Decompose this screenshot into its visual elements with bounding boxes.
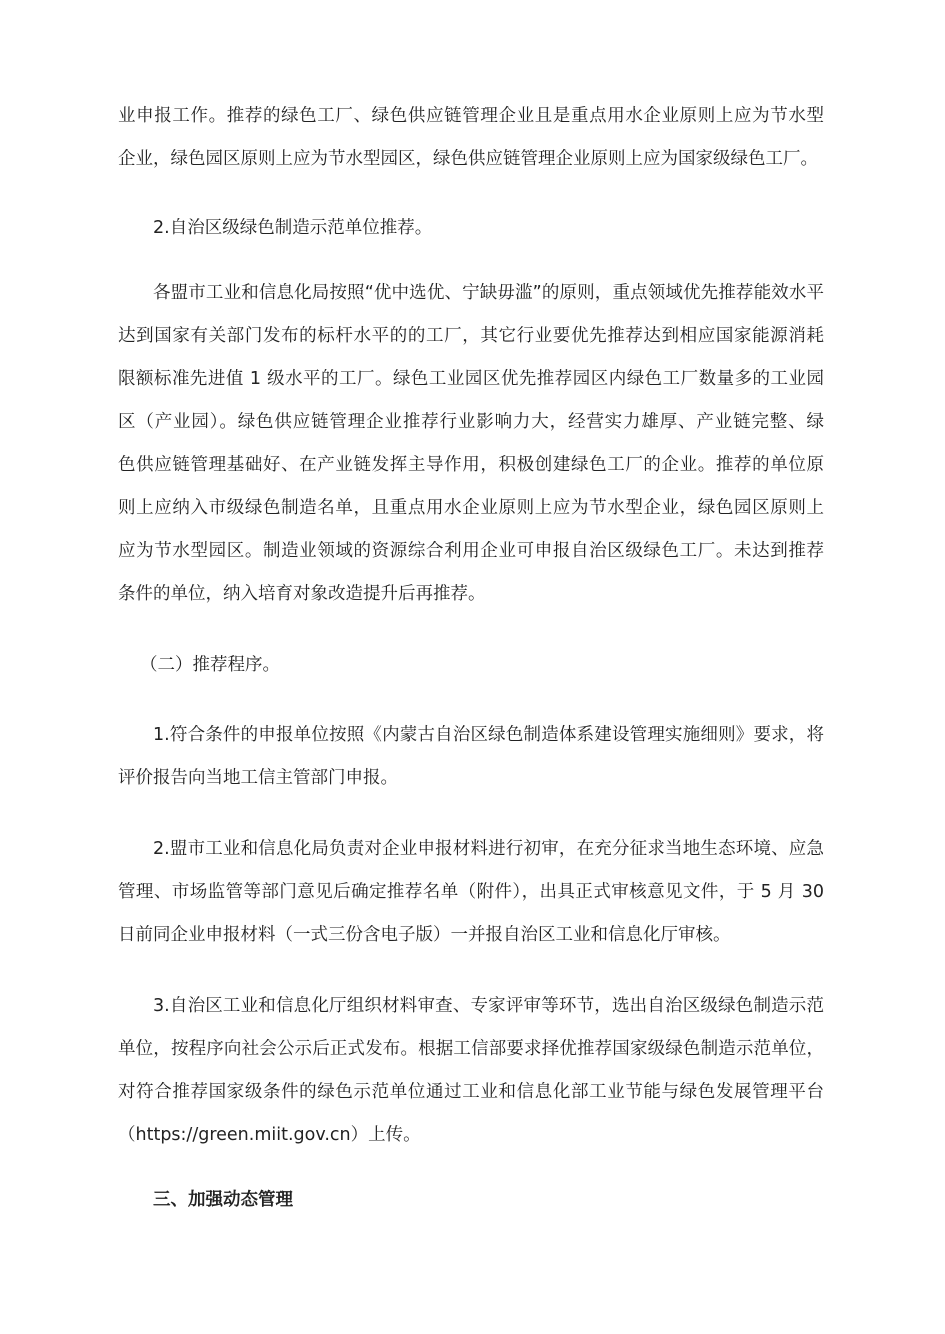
- paragraph-line: 2.盟市工业和信息化局负责对企业申报材料进行初审，在充分征求当地生态环境、应急: [153, 836, 824, 862]
- paragraph-line: 日前同企业申报材料（一式三份含电子版）一并报自治区工业和信息化厅审核。: [118, 922, 824, 948]
- paragraph-line: 业申报工作。推荐的绿色工厂、绿色供应链管理企业且是重点用水企业原则上应为节水型: [118, 103, 824, 129]
- paragraph-line: 对符合推荐国家级条件的绿色示范单位通过工业和信息化部工业节能与绿色发展管理平台: [118, 1079, 824, 1105]
- paragraph-line: 限额标准先进值 1 级水平的工厂。绿色工业园区优先推荐园区内绿色工厂数量多的工业…: [118, 366, 824, 392]
- paragraph-line: 则上应纳入市级绿色制造名单，且重点用水企业原则上应为节水型企业，绿色园区原则上: [118, 495, 824, 521]
- section-heading-dynamic-management: 三、加强动态管理: [153, 1187, 824, 1213]
- paragraph-line: 区（产业园）。绿色供应链管理企业推荐行业影响力大，经营实力雄厚、产业链完整、绿: [118, 409, 824, 435]
- paragraph-line: 色供应链管理基础好、在产业链发挥主导作用，积极创建绿色工厂的企业。推荐的单位原: [118, 452, 824, 478]
- paragraph-line: 单位，按程序向社会公示后正式发布。根据工信部要求择优推荐国家级绿色制造示范单位，: [118, 1036, 824, 1062]
- paragraph-line: 企业，绿色园区原则上应为节水型园区，绿色供应链管理企业原则上应为国家级绿色工厂。: [118, 146, 824, 172]
- paragraph-line: 1.符合条件的申报单位按照《内蒙古自治区绿色制造体系建设管理实施细则》要求，将: [153, 722, 824, 748]
- subheading-green-demo-recommendation: 2.自治区级绿色制造示范单位推荐。: [153, 215, 824, 241]
- paragraph-line: 应为节水型园区。制造业领域的资源综合利用企业可申报自治区级绿色工厂。未达到推荐: [118, 538, 824, 564]
- paragraph-line: 3.自治区工业和信息化厅组织材料审查、专家评审等环节，选出自治区级绿色制造示范: [153, 993, 824, 1019]
- paragraph-line: 评价报告向当地工信主管部门申报。: [118, 765, 824, 791]
- document-page: 业申报工作。推荐的绿色工厂、绿色供应链管理企业且是重点用水企业原则上应为节水型 …: [0, 0, 945, 1334]
- paragraph-line: 达到国家有关部门发布的标杆水平的的工厂，其它行业要优先推荐达到相应国家能源消耗: [118, 323, 824, 349]
- subheading-recommendation-procedure: （二）推荐程序。: [140, 652, 811, 678]
- paragraph-line: 各盟市工业和信息化局按照“优中选优、宁缺毋滥”的原则，重点领域优先推荐能效水平: [153, 280, 824, 306]
- paragraph-line: 管理、市场监管等部门意见后确定推荐名单（附件），出具正式审核意见文件，于 5 月…: [118, 879, 824, 905]
- paragraph-line: （https://green.miit.gov.cn）上传。: [118, 1122, 824, 1148]
- paragraph-line: 条件的单位，纳入培育对象改造提升后再推荐。: [118, 581, 824, 607]
